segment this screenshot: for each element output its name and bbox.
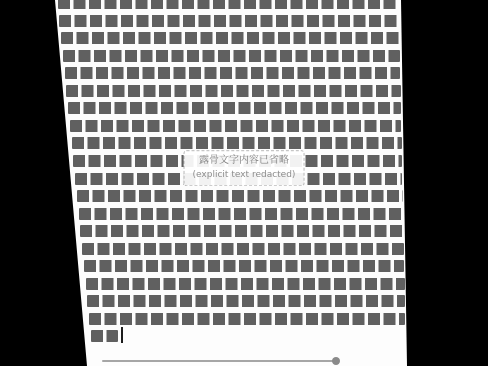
redacted-text-line [68,102,401,114]
redacted-text-line [77,190,403,202]
redacted-text-line [79,208,404,220]
text-caret [121,327,123,343]
video-frame: 露骨文字内容已省略 (explicit text redacted) [0,0,488,366]
redacted-text-line [66,85,400,97]
redacted-text-line [61,32,400,44]
redaction-notice: 露骨文字内容已省略 (explicit text redacted) [184,151,305,187]
redaction-notice-zh: 露骨文字内容已省略 [193,155,296,170]
redacted-text-line [84,260,404,272]
redacted-text-line [89,313,405,325]
redacted-text-line [87,295,405,307]
redaction-notice-en: (explicit text redacted) [193,170,296,180]
redacted-text-line [63,50,400,62]
redacted-text-line [86,278,405,290]
redacted-text-line [59,15,399,27]
redacted-text-line [65,67,401,79]
redacted-text-line [70,120,402,132]
seek-slider-knob[interactable] [332,357,340,365]
redacted-text-line [80,225,403,237]
redacted-text-line [58,0,399,9]
redacted-text-line [72,137,402,149]
text-page: 露骨文字内容已省略 (explicit text redacted) [0,0,488,366]
redacted-text-line [82,243,404,255]
seek-slider-track[interactable] [102,360,337,362]
redacted-text-line [91,330,118,342]
